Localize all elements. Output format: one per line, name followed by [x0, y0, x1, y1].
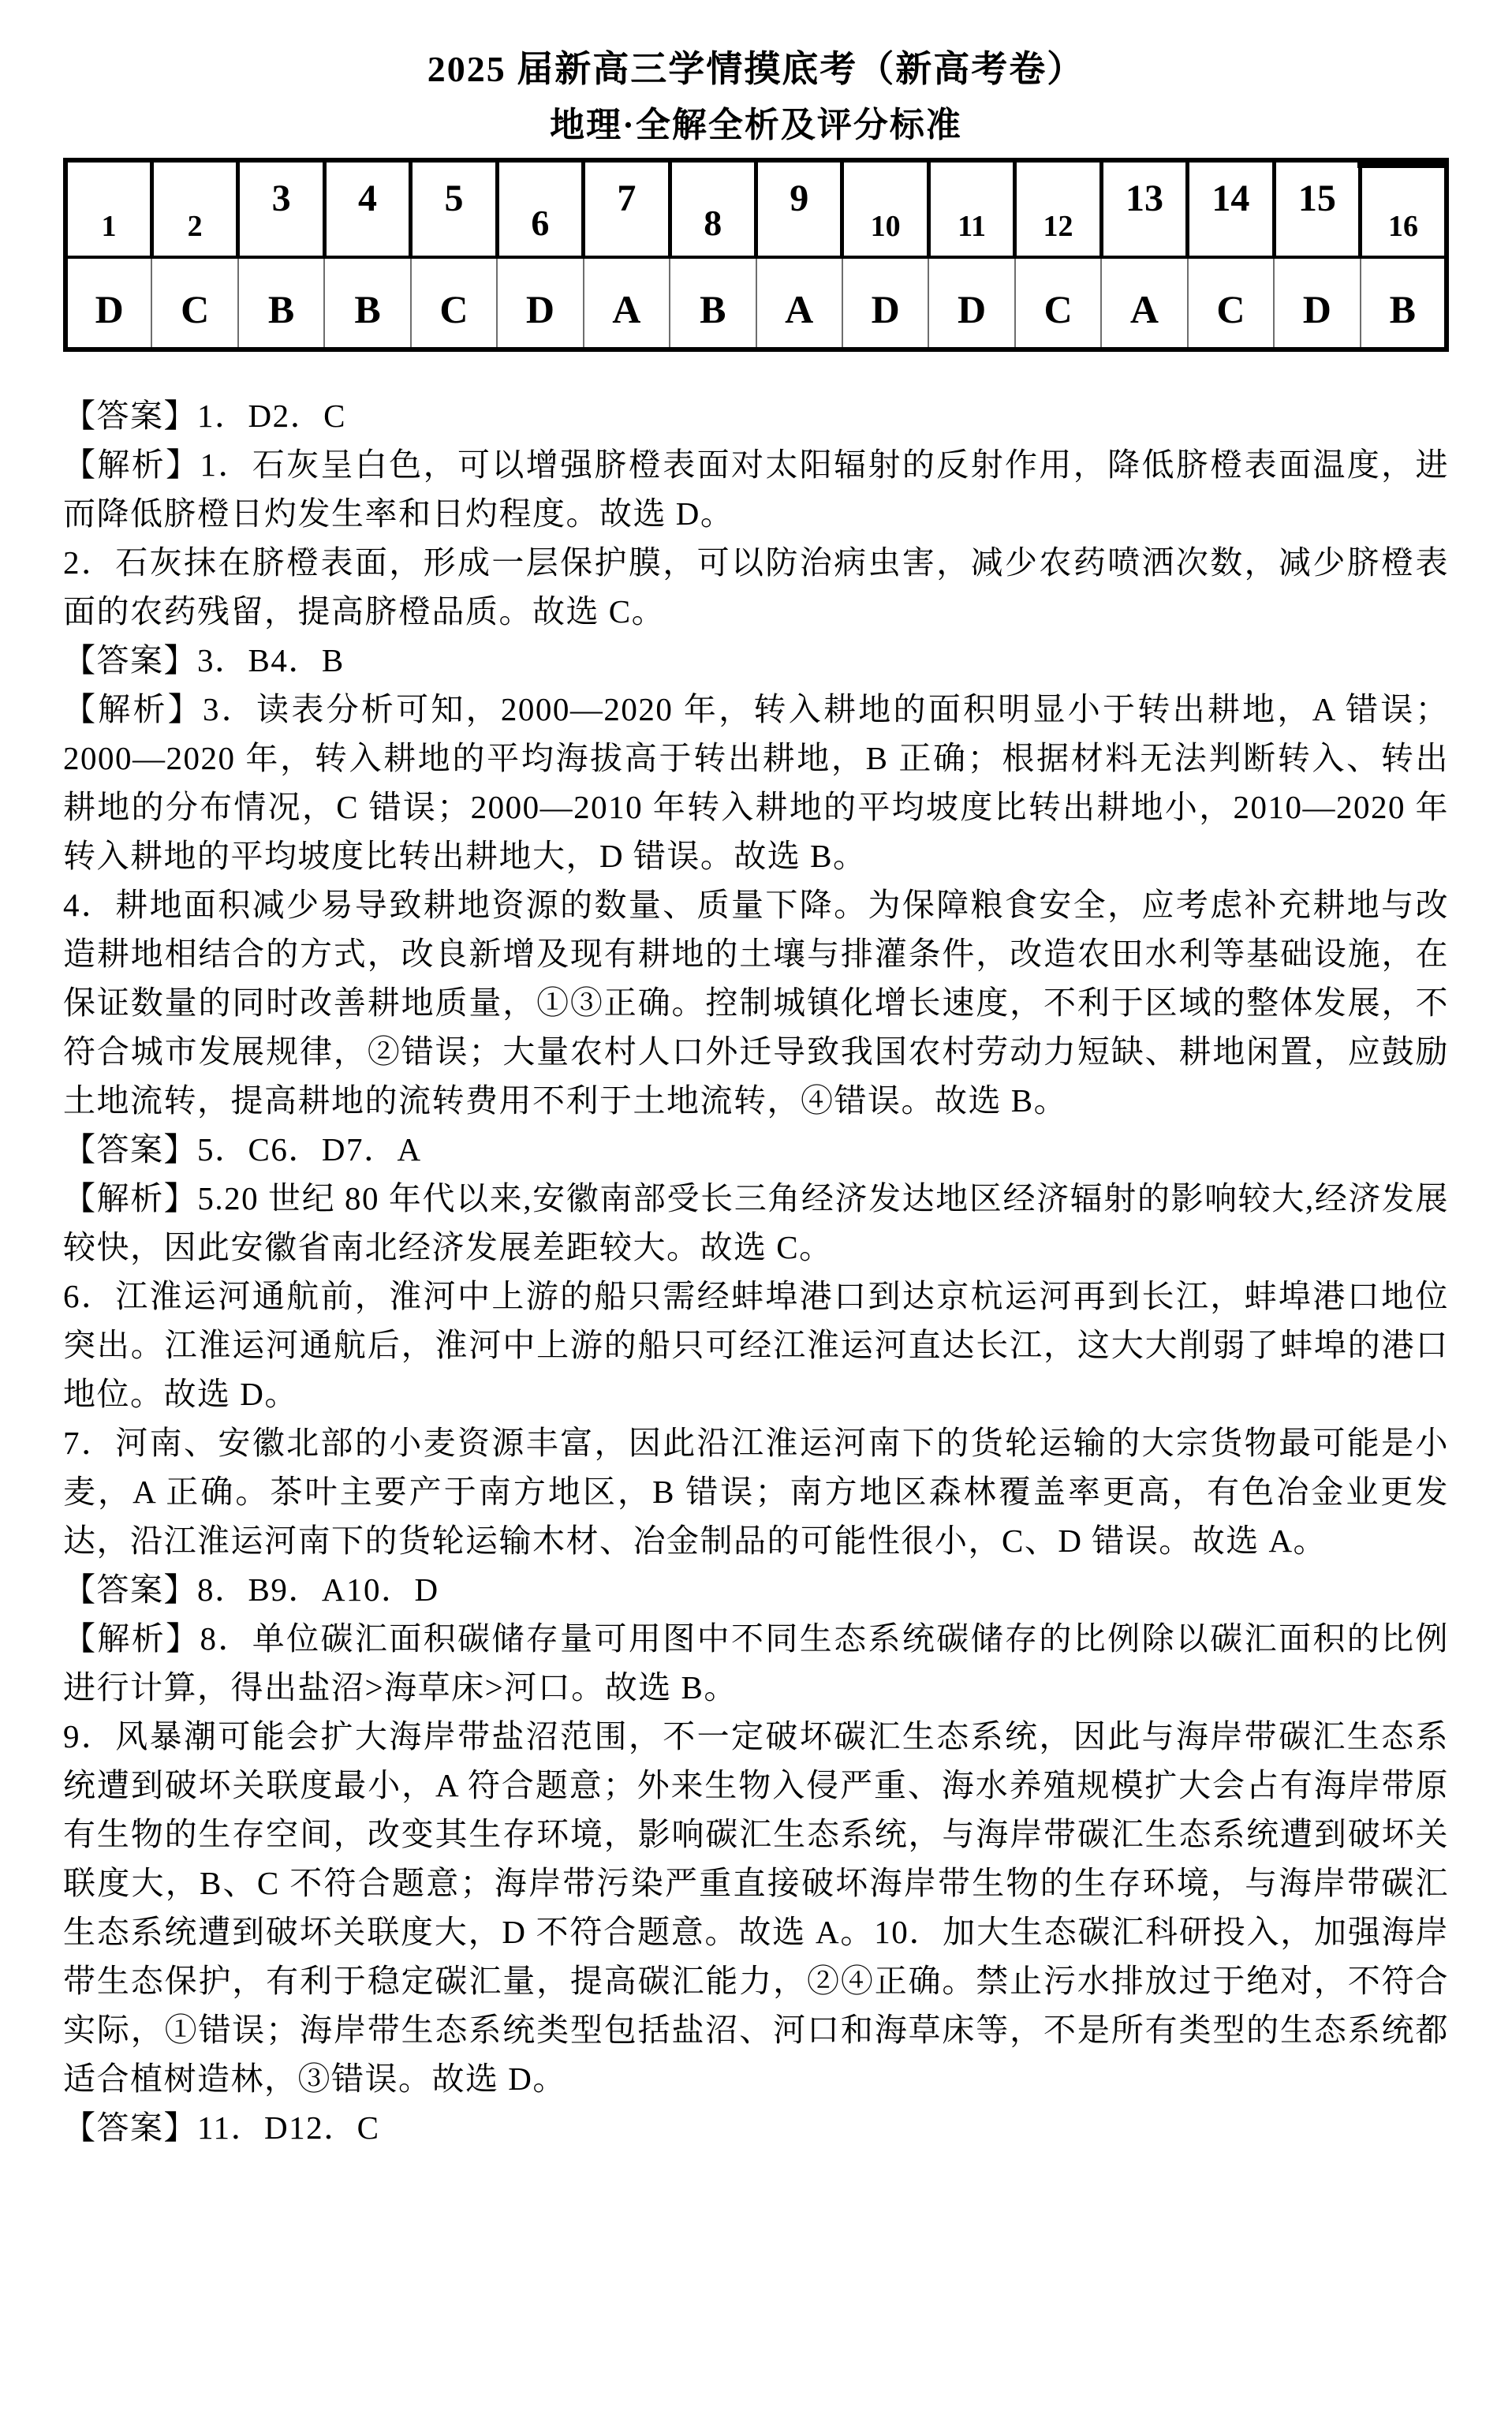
answer-letter: A [612, 287, 640, 331]
answer-cell: A [584, 257, 670, 349]
explanation-paragraph: 【解析】5.20 世纪 80 年代以来,安徽南部受长三角经济发达地区经济辐射的影… [63, 1174, 1449, 1272]
explanation-paragraph: 【解析】8．单位碳汇面积碳储存量可用图中不同生态系统碳储存的比例除以碳汇面积的比… [63, 1614, 1449, 1712]
question-number: 11 [958, 209, 986, 244]
answer-cell: C [1015, 257, 1101, 349]
explanation-paragraph: 【解析】1．石灰呈白色，可以增强脐橙表面对太阳辐射的反射作用，降低脐橙表面温度，… [63, 440, 1449, 538]
answer-cell: C [411, 257, 497, 349]
question-number: 9 [790, 177, 808, 220]
answer-letter: A [1130, 287, 1159, 331]
exam-subtitle: 地理·全解全析及评分标准 [0, 104, 1512, 147]
question-number: 16 [1388, 209, 1418, 244]
explanation-paragraph: 【答案】11．D12．C [63, 2103, 1449, 2152]
question-number: 8 [704, 202, 722, 244]
question-number: 4 [358, 177, 377, 220]
answer-cell: D [497, 257, 583, 349]
explanation-paragraph: 【答案】3．B4．B [63, 636, 1449, 685]
question-number-cell: 1 [65, 160, 151, 257]
answer-letter: C [181, 287, 209, 331]
explanation-paragraph: 【解析】3．读表分析可知，2000—2020 年，转入耕地的面积明显小于转出耕地… [63, 685, 1449, 880]
answer-cell: D [842, 257, 928, 349]
question-number: 3 [272, 177, 291, 220]
question-number: 1 [101, 209, 116, 244]
answer-cell: B [1361, 257, 1447, 349]
answer-cell: A [756, 257, 842, 349]
question-number-cell: 7 [584, 160, 670, 257]
explanation-paragraph: 2．石灰抹在脐橙表面，形成一层保护膜，可以防治病虫害，减少农药喷洒次数，减少脐橙… [63, 538, 1449, 636]
question-number: 5 [444, 177, 463, 220]
explanation-paragraph: 7．河南、安徽北部的小麦资源丰富，因此沿江淮运河南下的货轮运输的大宗货物最可能是… [63, 1418, 1449, 1565]
explanation-paragraph: 【答案】5．C6．D7．A [63, 1125, 1449, 1174]
explanation-paragraph: 【答案】8．B9．A10．D [63, 1565, 1449, 1614]
answer-letter: B [1390, 287, 1416, 331]
question-number: 10 [871, 209, 901, 244]
question-number-cell: 5 [411, 160, 497, 257]
answer-letter: C [1216, 287, 1245, 331]
page: 2025 届新高三学情摸底考（新高考卷） 地理·全解全析及评分标准 123456… [0, 0, 1512, 2410]
question-number: 12 [1043, 209, 1073, 244]
answer-cell: D [928, 257, 1014, 349]
question-number-cell: 4 [324, 160, 410, 257]
question-number-cell: 9 [756, 160, 842, 257]
answer-cell: C [151, 257, 237, 349]
question-number-cell: 16 [1361, 160, 1447, 257]
answer-row: DCBBCDABADDCACDB [65, 257, 1447, 349]
explanation-paragraph: 【答案】1．D2．C [63, 391, 1449, 440]
explanation-paragraph: 6．江淮运河通航前，淮河中上游的船只需经蚌埠港口到达京杭运河再到长江，蚌埠港口地… [63, 1272, 1449, 1418]
question-number-cell: 2 [151, 160, 237, 257]
answer-letter: C [1043, 287, 1072, 331]
answer-letter: D [526, 287, 554, 331]
question-number-cell: 13 [1101, 160, 1187, 257]
answer-cell: C [1188, 257, 1274, 349]
answer-letter: B [268, 287, 294, 331]
answer-cell: B [238, 257, 324, 349]
answer-letter: B [700, 287, 726, 331]
explanation-paragraph: 4．耕地面积减少易导致耕地资源的数量、质量下降。为保障粮食安全，应考虑补充耕地与… [63, 880, 1449, 1125]
question-number: 7 [617, 177, 636, 220]
answer-letter: B [354, 287, 380, 331]
question-number: 14 [1211, 177, 1249, 220]
question-number: 2 [188, 209, 203, 244]
answer-cell: A [1101, 257, 1187, 349]
exam-title: 2025 届新高三学情摸底考（新高考卷） [0, 0, 1512, 92]
answer-letter: D [1303, 287, 1331, 331]
answer-cell: D [1274, 257, 1360, 349]
question-number-cell: 6 [497, 160, 583, 257]
question-number: 15 [1298, 177, 1336, 220]
question-number-cell: 11 [928, 160, 1014, 257]
question-number: 6 [531, 202, 549, 244]
answer-letter: C [439, 287, 468, 331]
answer-cell: B [670, 257, 756, 349]
answer-letter: D [872, 287, 900, 331]
answer-cell: D [65, 257, 151, 349]
answer-key-table: 12345678910111213141516 DCBBCDABADDCACDB [63, 158, 1449, 352]
question-number-cell: 8 [670, 160, 756, 257]
question-number-cell: 15 [1274, 160, 1360, 257]
question-number-cell: 12 [1015, 160, 1101, 257]
answer-letter: D [95, 287, 124, 331]
explanation-paragraph: 9．风暴潮可能会扩大海岸带盐沼范围，不一定破坏碳汇生态系统，因此与海岸带碳汇生态… [63, 1712, 1449, 2103]
explanations-section: 【答案】1．D2．C【解析】1．石灰呈白色，可以增强脐橙表面对太阳辐射的反射作用… [63, 391, 1449, 2152]
answer-letter: A [785, 287, 813, 331]
answer-cell: B [324, 257, 410, 349]
question-number-cell: 10 [842, 160, 928, 257]
question-number-row: 12345678910111213141516 [65, 160, 1447, 257]
question-number-cell: 14 [1188, 160, 1274, 257]
question-number-cell: 3 [238, 160, 324, 257]
question-number: 13 [1126, 177, 1163, 220]
answer-letter: D [958, 287, 986, 331]
